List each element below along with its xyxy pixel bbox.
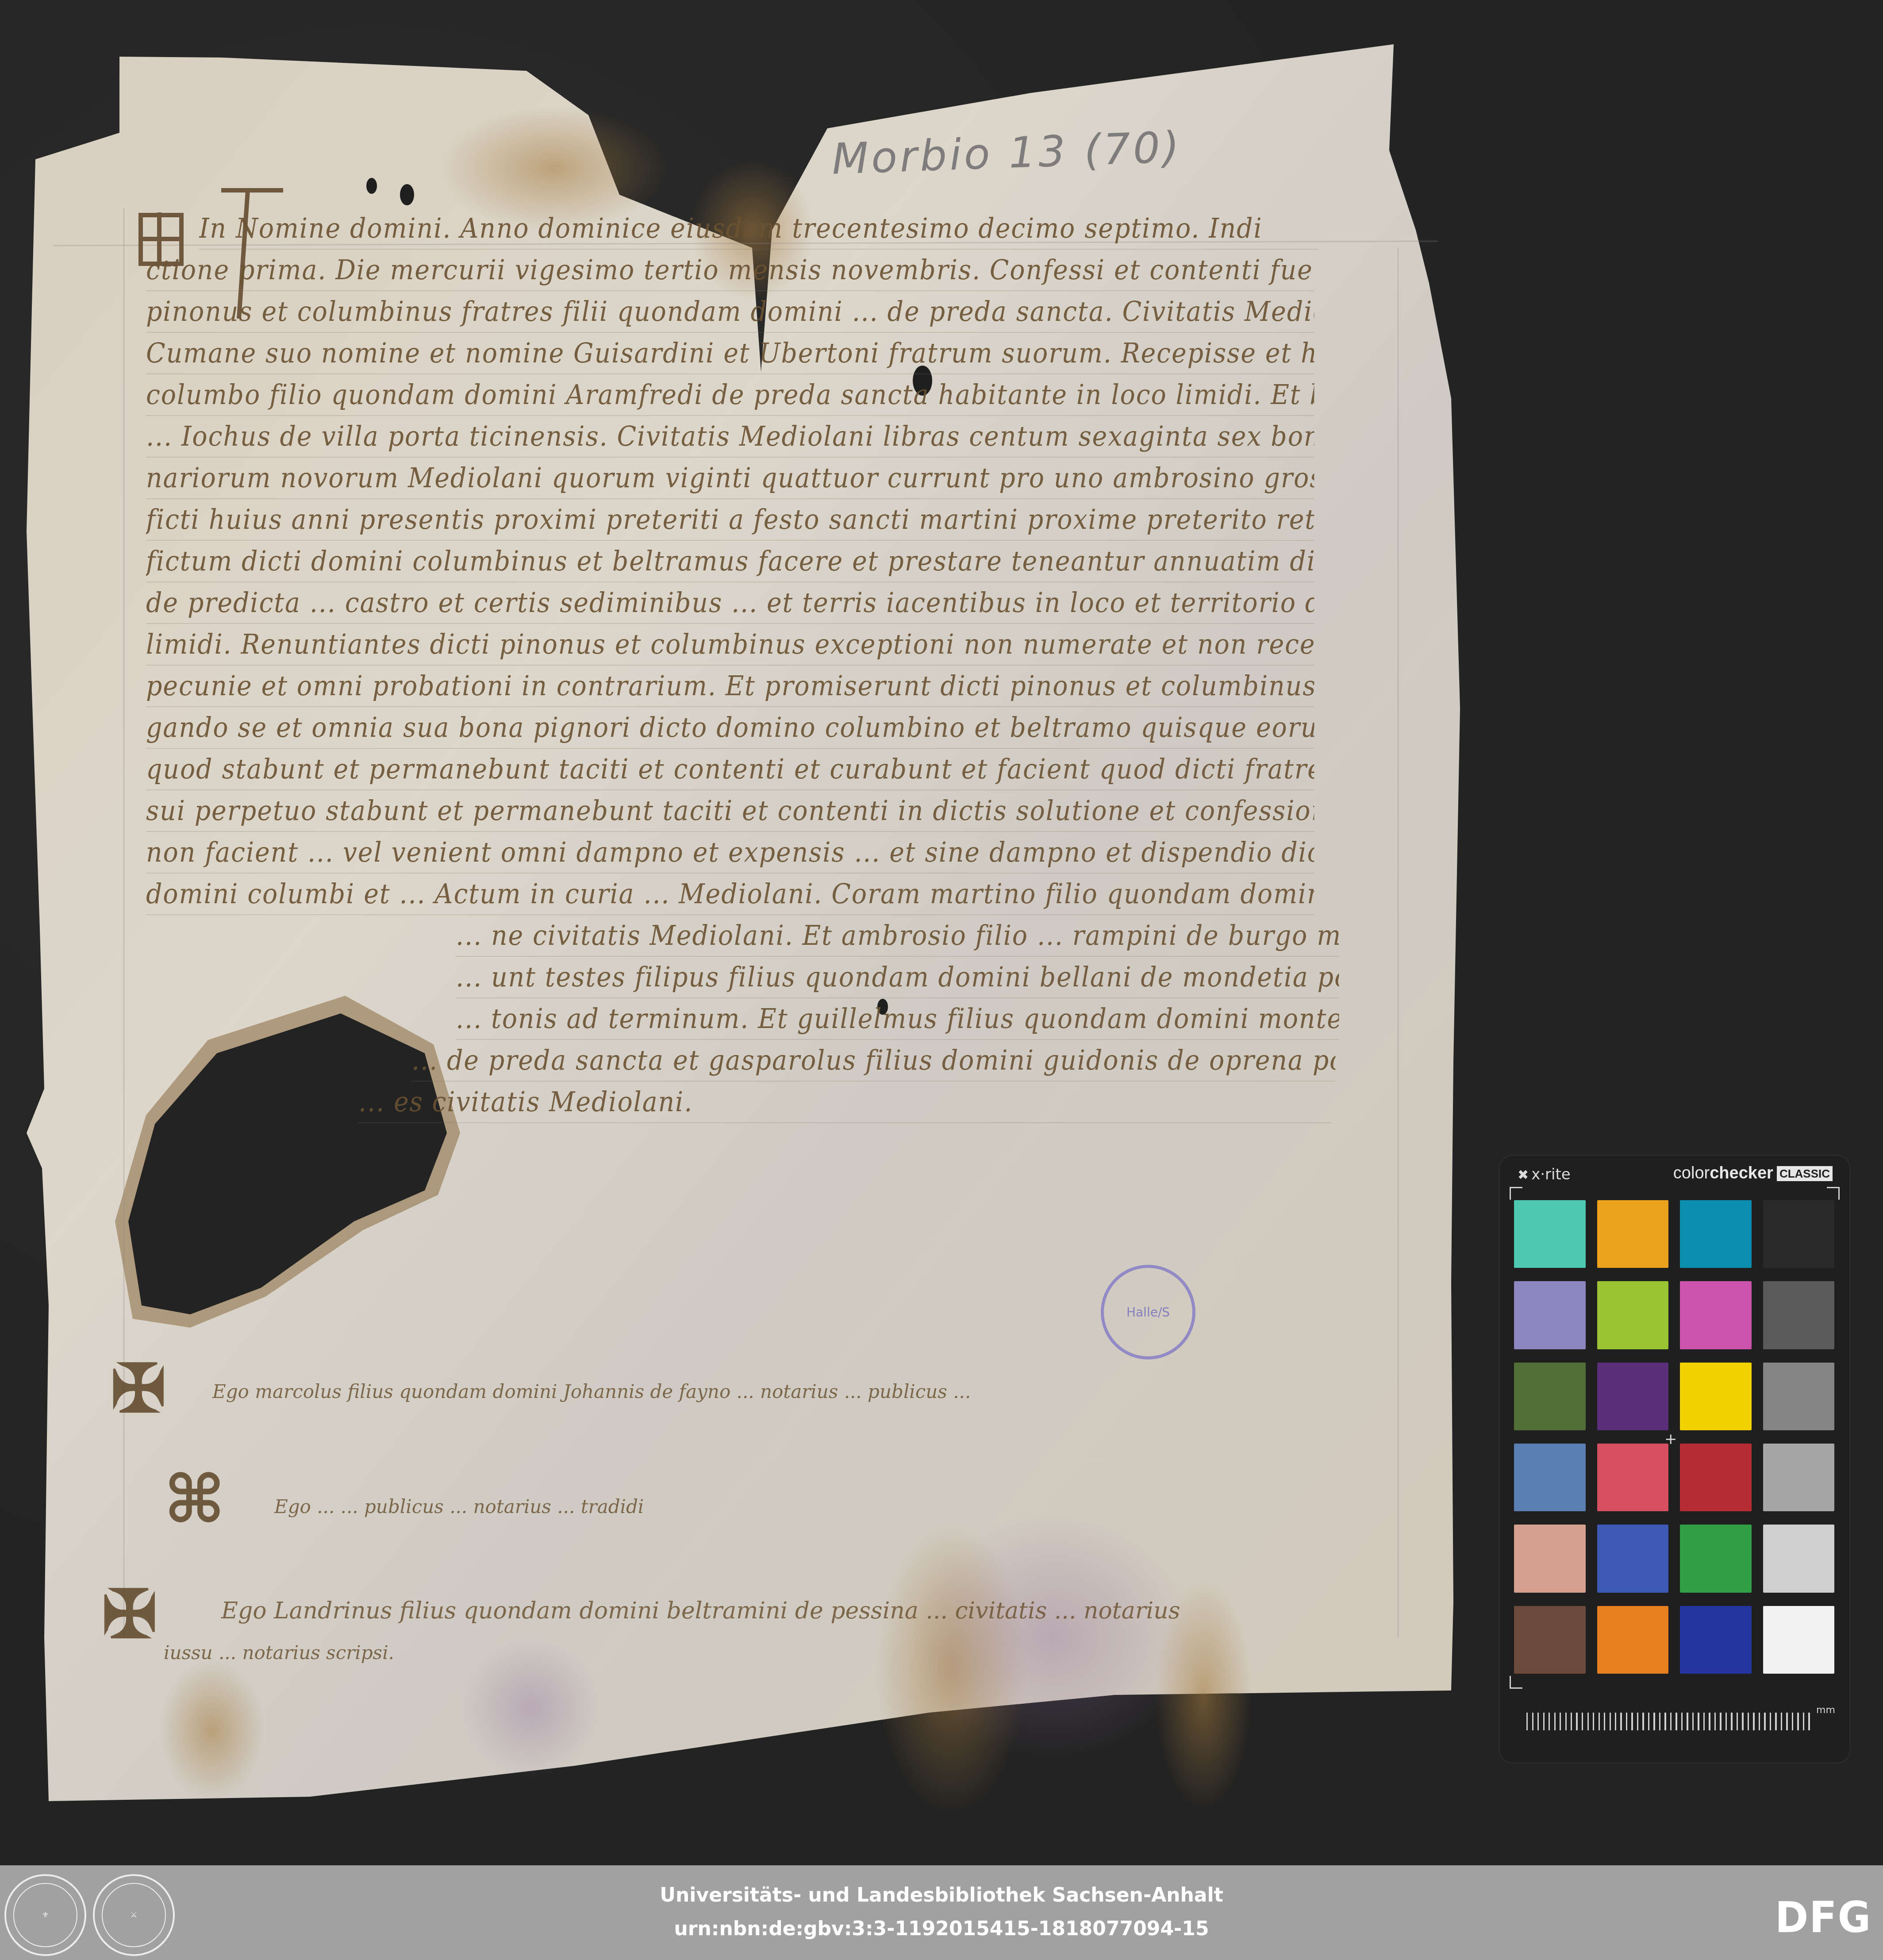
urn-identifier: urn:nbn:de:gbv:3:3-1192015415-1818077094… (0, 1918, 1883, 1940)
color-patch (1514, 1606, 1586, 1674)
color-patch (1680, 1606, 1752, 1674)
color-patch (1597, 1363, 1669, 1430)
text-line: nariorum novorum Mediolani quorum vigint… (146, 458, 1314, 499)
notary-sign-1: ✠ (111, 1350, 166, 1428)
text-line: Cumane suo nomine et nomine Guisardini e… (146, 333, 1314, 374)
color-patch (1597, 1606, 1669, 1674)
color-patch (1763, 1200, 1835, 1268)
color-patch (1597, 1444, 1669, 1511)
text-line: sui perpetuo stabunt et permanebunt taci… (146, 790, 1314, 832)
library-stamp: Halle/S (1092, 1256, 1200, 1364)
color-patch (1680, 1281, 1752, 1349)
subscription-line: Ego marcolus filius quondam domini Johan… (212, 1381, 971, 1402)
colorchecker-title: colorcheckerCLASSIC (1673, 1164, 1833, 1183)
color-patch (1763, 1363, 1835, 1430)
color-patch (1514, 1200, 1586, 1268)
notary-sign-2: ⌘ (164, 1460, 225, 1538)
corner-mark (1827, 1187, 1840, 1200)
text-line: ... ne civitatis Mediolani. Et ambrosio … (456, 915, 1339, 957)
text-line: quod stabunt et permanebunt taciti et co… (146, 749, 1314, 790)
text-line: ... unt testes filipus filius quondam do… (456, 957, 1339, 998)
color-patch (1680, 1525, 1752, 1592)
footer-bar: ⚜ ⚔ Universitäts- und Landesbibliothek S… (0, 1865, 1883, 1960)
text-line: In Nomine domini. Anno dominice eiusdem … (199, 208, 1318, 250)
color-patch (1763, 1444, 1835, 1511)
color-patch (1514, 1363, 1586, 1430)
text-line: limidi. Renuntiantes dicti pinonus et co… (146, 624, 1314, 666)
subscription-line: iussu ... notarius scripsi. (164, 1642, 394, 1663)
color-patch (1597, 1525, 1669, 1592)
color-patch (1763, 1606, 1835, 1674)
color-patch (1763, 1281, 1835, 1349)
text-line: ficti huius anni presentis proximi prete… (146, 499, 1314, 541)
color-patch (1514, 1281, 1586, 1349)
corner-mark (1510, 1187, 1522, 1200)
title-bold: checker (1710, 1164, 1773, 1182)
mm-ruler (1526, 1713, 1814, 1730)
text-line: domini columbi et ... Actum in curia ...… (146, 874, 1314, 915)
title-light: color (1673, 1164, 1710, 1182)
text-line: ... de preda sancta et gasparolus filius… (411, 1040, 1335, 1082)
color-patch (1597, 1200, 1669, 1268)
color-patch (1680, 1444, 1752, 1511)
text-line: columbo filio quondam domini Aramfredi d… (146, 374, 1314, 416)
corner-mark (1510, 1676, 1522, 1689)
institution-name: Universitäts- und Landesbibliothek Sachs… (0, 1884, 1883, 1906)
color-patch (1597, 1281, 1669, 1349)
text-line: ... Iochus de villa porta ticinensis. Ci… (146, 416, 1314, 458)
subscription-line: Ego ... ... publicus ... notarius ... tr… (274, 1496, 644, 1517)
dfg-logo: DFG (1775, 1893, 1872, 1942)
classic-badge: CLASSIC (1777, 1166, 1833, 1181)
color-patch (1514, 1525, 1586, 1592)
subscription-line: Ego Landrinus filius quondam domini belt… (221, 1598, 1180, 1624)
color-patch (1514, 1444, 1586, 1511)
notary-sign-3: ✠ (102, 1575, 158, 1653)
xrite-logo: ✖x·rite (1518, 1166, 1571, 1183)
text-line: pecunie et omni probationi in contrarium… (146, 666, 1314, 707)
color-patch (1763, 1525, 1835, 1592)
xrite-brand: x·rite (1531, 1166, 1571, 1183)
text-line: de predicta ... castro et certis sedimin… (146, 582, 1314, 624)
text-line: pinonus et columbinus fratres filii quon… (146, 291, 1314, 333)
charter-text: In Nomine domini. Anno dominice eiusdem … (146, 208, 1416, 1123)
crosshair-icon: + (1664, 1430, 1677, 1448)
xrite-x-icon: ✖ (1518, 1167, 1529, 1183)
text-line: ... es civitatis Mediolani. (358, 1082, 1331, 1123)
text-line: ctione prima. Die mercurii vigesimo tert… (146, 250, 1314, 291)
color-patch (1680, 1363, 1752, 1430)
library-stamp-center: Halle/S (1101, 1265, 1195, 1359)
ruler-unit: mm (1816, 1705, 1835, 1716)
color-checker-card: ✖x·rite colorcheckerCLASSIC + mm (1500, 1156, 1849, 1762)
text-line: gando se et omnia sua bona pignori dicto… (146, 707, 1314, 749)
text-line: non facient ... vel venient omni dampno … (146, 832, 1314, 874)
text-line: ... tonis ad terminum. Et guillelmus fil… (456, 998, 1339, 1040)
color-patch (1680, 1200, 1752, 1268)
text-line: fictum dicti domini columbinus et beltra… (146, 541, 1314, 582)
